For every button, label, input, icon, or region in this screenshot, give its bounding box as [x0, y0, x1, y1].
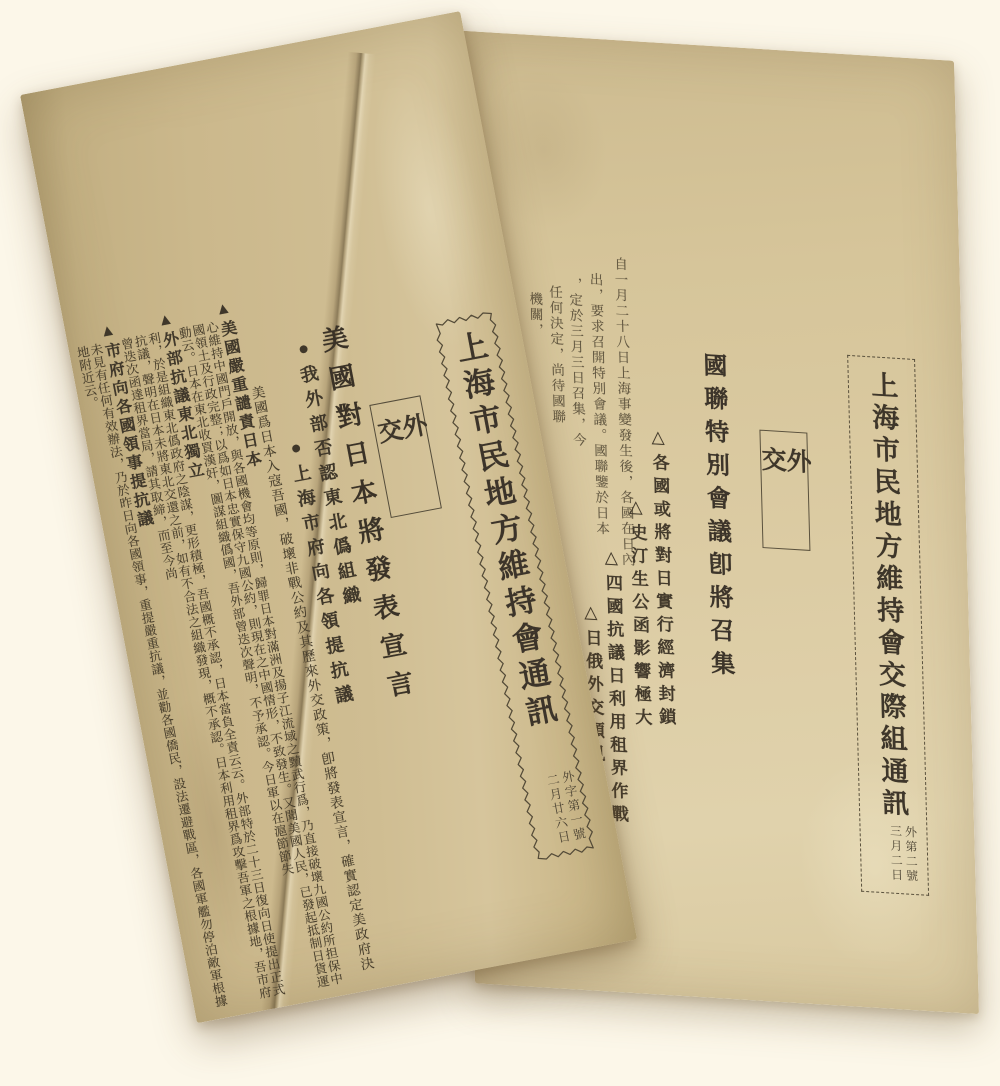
subhead: △史汀生公函影響極大 [628, 497, 651, 732]
photographed-documents: 自一月二十八日上海事變發生後，各國在日內 出，要求召開特別會議。國聯鑒於日本 ，… [0, 0, 1000, 1086]
section-label-box: 外交 [759, 430, 810, 551]
section-label: 外交 [759, 446, 812, 550]
issue-info: 外第二號 三月二日 [887, 824, 919, 886]
section-label-box: 外交 [369, 395, 442, 518]
masthead-box: 上海市民地方維持會交際組通訊 外第二號 三月二日 [847, 355, 929, 896]
body-fragment: 機關， [528, 291, 543, 338]
issue-number: 外第二號 [902, 825, 919, 886]
headline: 國聯特別會議卽將召集 [700, 352, 733, 685]
body-fragment: 任何決定，尚待國聯 [547, 284, 564, 425]
issue-date: 三月二日 [887, 824, 904, 885]
body-fragment: 出，要求召開特別會議。國聯鑒於日本 [588, 272, 608, 537]
section-label: 外交 [373, 411, 440, 517]
subhead: △各國或將對日實行經濟封鎖 [650, 427, 675, 731]
body-fragment: ，定於三月三日召集，今 [567, 277, 585, 449]
masthead-title: 上海市民地方維持會交際組通訊 [868, 370, 907, 821]
